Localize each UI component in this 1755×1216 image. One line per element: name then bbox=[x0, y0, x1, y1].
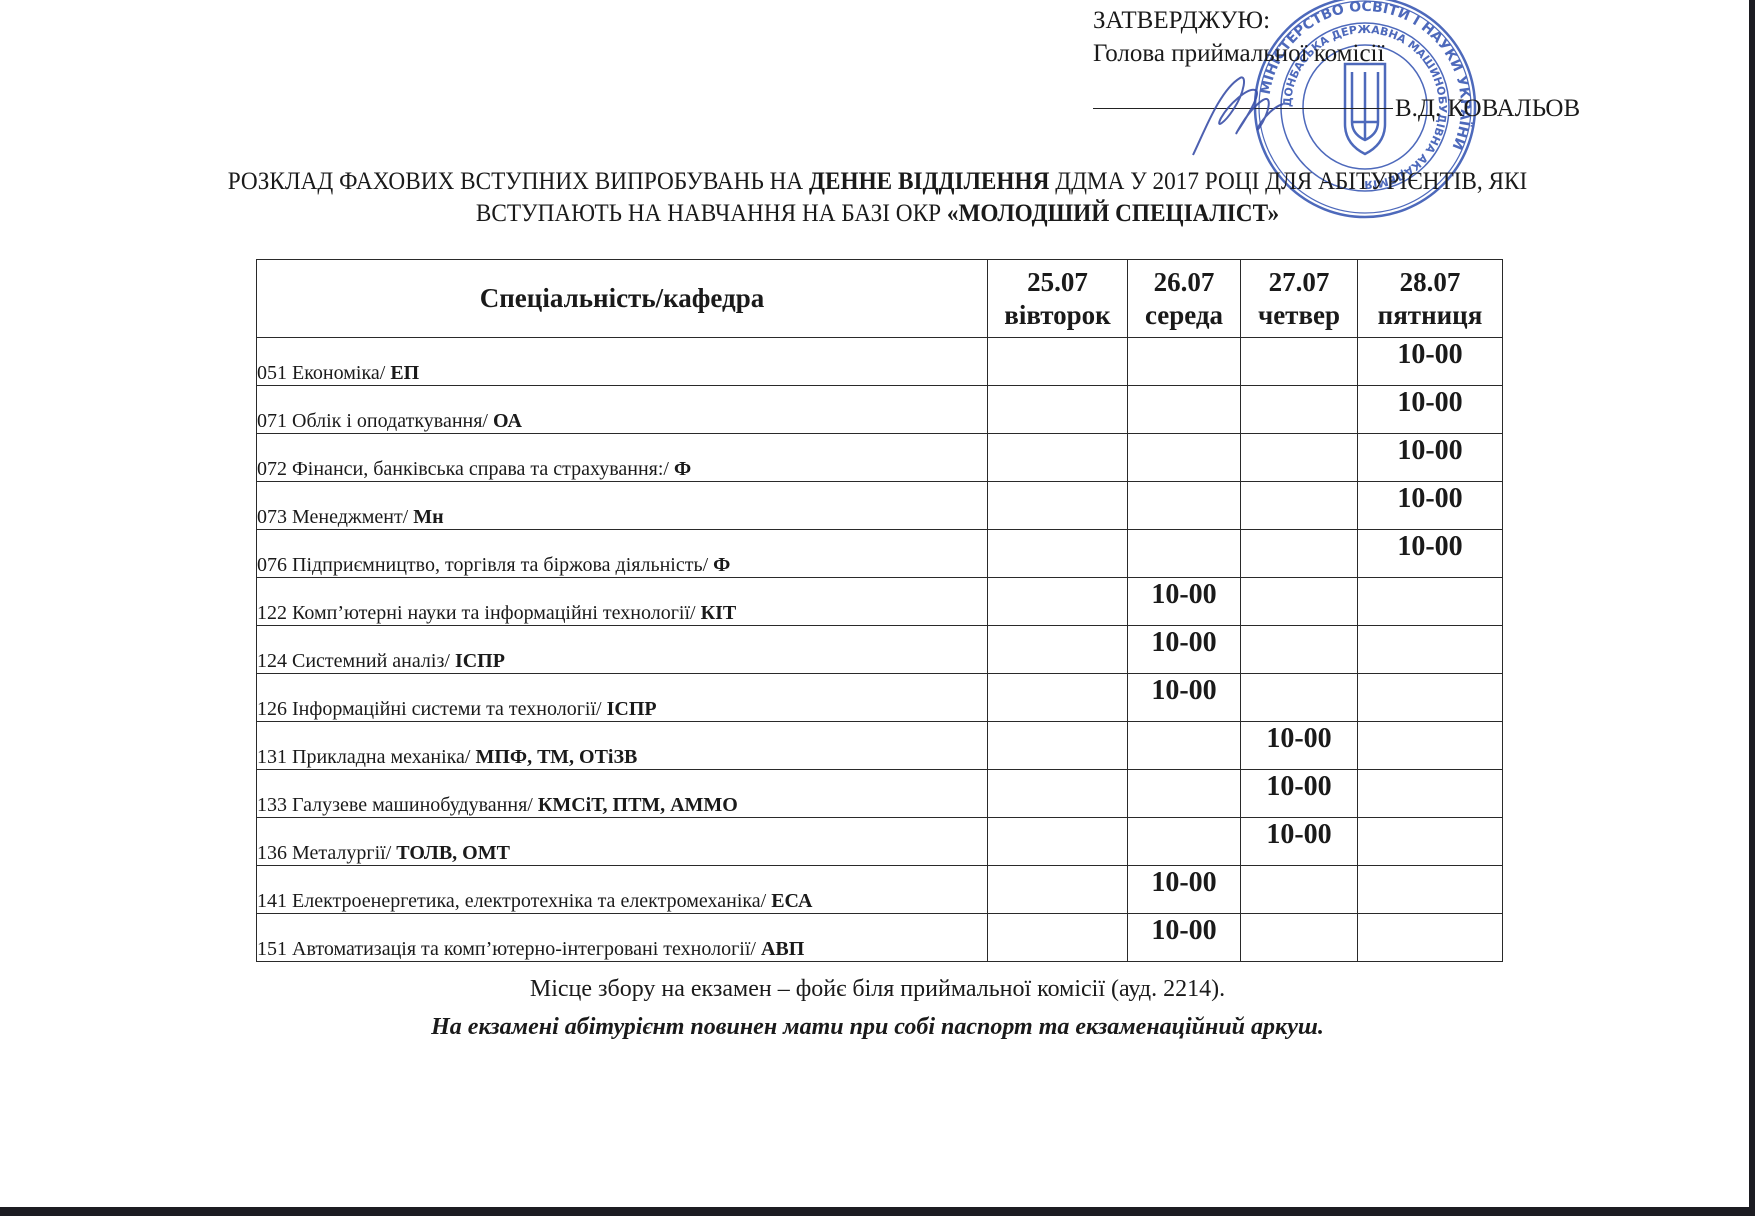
column-header-day: 26.07середа bbox=[1128, 260, 1241, 338]
table-row: 122 Комп’ютерні науки та інформаційні те… bbox=[257, 578, 1503, 626]
exam-time-cell bbox=[1241, 338, 1358, 386]
table-row: 136 Металургії/ ТОЛВ, ОМТ10-00 bbox=[257, 818, 1503, 866]
exam-time-cell bbox=[1358, 818, 1503, 866]
column-header-day: 27.07четвер bbox=[1241, 260, 1358, 338]
exam-time-cell: 10-00 bbox=[1358, 386, 1503, 434]
exam-time-cell bbox=[1128, 818, 1241, 866]
exam-time-cell: 10-00 bbox=[1128, 578, 1241, 626]
exam-time-cell bbox=[988, 626, 1128, 674]
exam-time-cell: 10-00 bbox=[1128, 866, 1241, 914]
day-date: 27.07 bbox=[1241, 266, 1357, 299]
table-row: 073 Менеджмент/ Мн10-00 bbox=[257, 482, 1503, 530]
table-body: 051 Економіка/ ЕП10-00071 Облік і оподат… bbox=[257, 338, 1503, 962]
exam-time-cell bbox=[1358, 674, 1503, 722]
exam-time-cell bbox=[1358, 626, 1503, 674]
title-part: РОЗКЛАД ФАХОВИХ ВСТУПНИХ ВИПРОБУВАНЬ НА bbox=[228, 168, 809, 195]
department-code: ІСПР bbox=[607, 698, 657, 720]
specialty-cell: 073 Менеджмент/ Мн bbox=[257, 482, 988, 530]
specialty-cell: 071 Облік і оподаткування/ ОА bbox=[257, 386, 988, 434]
title-emphasis: «МОЛОДШИЙ СПЕЦІАЛІСТ» bbox=[947, 200, 1279, 227]
specialty-name: 072 Фінанси, банківська справа та страху… bbox=[257, 458, 674, 480]
day-weekday: четвер bbox=[1241, 299, 1357, 332]
exam-time-cell bbox=[1241, 578, 1358, 626]
department-code: АВП bbox=[761, 938, 804, 960]
exam-schedule-table: Спеціальність/кафедра 25.07вівторок 26.0… bbox=[256, 259, 1503, 962]
exam-time-cell: 10-00 bbox=[1358, 434, 1503, 482]
table-row: 151 Автоматизація та комп’ютерно-інтегро… bbox=[257, 914, 1503, 962]
specialty-cell: 136 Металургії/ ТОЛВ, ОМТ bbox=[257, 818, 988, 866]
exam-time-cell bbox=[1128, 482, 1241, 530]
approval-heading: ЗАТВЕРДЖУЮ: bbox=[1093, 4, 1270, 38]
exam-time-cell bbox=[988, 386, 1128, 434]
specialty-name: 133 Галузеве машинобудування/ bbox=[257, 794, 538, 816]
exam-time-cell bbox=[1358, 914, 1503, 962]
exam-time-cell: 10-00 bbox=[1358, 338, 1503, 386]
exam-time-cell bbox=[988, 866, 1128, 914]
exam-time-cell: 10-00 bbox=[1241, 722, 1358, 770]
exam-time-cell bbox=[988, 482, 1128, 530]
exam-time-cell bbox=[1241, 674, 1358, 722]
table-header-row: Спеціальність/кафедра 25.07вівторок 26.0… bbox=[257, 260, 1503, 338]
department-code: МПФ, ТМ, ОТіЗВ bbox=[475, 746, 637, 768]
specialty-name: 076 Підприємництво, торгівля та біржова … bbox=[257, 554, 713, 576]
exam-time-cell bbox=[1358, 722, 1503, 770]
page-title: РОЗКЛАД ФАХОВИХ ВСТУПНИХ ВИПРОБУВАНЬ НА … bbox=[61, 166, 1693, 230]
specialty-name: 051 Економіка/ bbox=[257, 362, 390, 384]
exam-time-cell bbox=[1241, 914, 1358, 962]
column-header-day: 28.07пятниця bbox=[1358, 260, 1503, 338]
specialty-cell: 131 Прикладна механіка/ МПФ, ТМ, ОТіЗВ bbox=[257, 722, 988, 770]
department-code: ЕП bbox=[390, 362, 419, 384]
exam-time-cell: 10-00 bbox=[1128, 626, 1241, 674]
exam-time-cell bbox=[1241, 866, 1358, 914]
table-row: 141 Електроенергетика, електротехніка та… bbox=[257, 866, 1503, 914]
column-header-day: 25.07вівторок bbox=[988, 260, 1128, 338]
table-row: 126 Інформаційні системи та технології/ … bbox=[257, 674, 1503, 722]
exam-time-cell bbox=[988, 434, 1128, 482]
specialty-cell: 141 Електроенергетика, електротехніка та… bbox=[257, 866, 988, 914]
exam-time-cell bbox=[988, 770, 1128, 818]
table-row: 051 Економіка/ ЕП10-00 bbox=[257, 338, 1503, 386]
department-code: Мн bbox=[413, 506, 443, 528]
exam-time-cell bbox=[1241, 530, 1358, 578]
specialty-name: 071 Облік і оподаткування/ bbox=[257, 410, 493, 432]
day-weekday: пятниця bbox=[1358, 299, 1502, 332]
specialty-cell: 126 Інформаційні системи та технології/ … bbox=[257, 674, 988, 722]
specialty-cell: 124 Системний аналіз/ ІСПР bbox=[257, 626, 988, 674]
department-code: ОА bbox=[493, 410, 522, 432]
approval-signatory: В.Д. КОВАЛЬОВ bbox=[1395, 92, 1580, 126]
specialty-name: 136 Металургії/ bbox=[257, 842, 396, 864]
table-row: 071 Облік і оподаткування/ ОА10-00 bbox=[257, 386, 1503, 434]
specialty-cell: 133 Галузеве машинобудування/ КМСіТ, ПТМ… bbox=[257, 770, 988, 818]
specialty-name: 151 Автоматизація та комп’ютерно-інтегро… bbox=[257, 938, 761, 960]
exam-time-cell bbox=[988, 674, 1128, 722]
approval-position: Голова приймальної комісії bbox=[1093, 37, 1384, 71]
table-row: 124 Системний аналіз/ ІСПР10-00 bbox=[257, 626, 1503, 674]
day-weekday: середа bbox=[1128, 299, 1240, 332]
exam-time-cell bbox=[1128, 530, 1241, 578]
specialty-name: 122 Комп’ютерні науки та інформаційні те… bbox=[257, 602, 701, 624]
title-emphasis: ДЕННЕ ВІДДІЛЕННЯ bbox=[809, 168, 1049, 195]
table-row: 131 Прикладна механіка/ МПФ, ТМ, ОТіЗВ10… bbox=[257, 722, 1503, 770]
department-code: КМСіТ, ПТМ, АММО bbox=[538, 794, 738, 816]
gathering-place-note: Місце збору на екзамен – фойє біля прийм… bbox=[0, 974, 1755, 1004]
exam-time-cell bbox=[988, 530, 1128, 578]
column-header-specialty: Спеціальність/кафедра bbox=[257, 260, 988, 338]
exam-time-cell bbox=[1358, 866, 1503, 914]
day-date: 25.07 bbox=[988, 266, 1127, 299]
exam-time-cell bbox=[988, 578, 1128, 626]
table-row: 076 Підприємництво, торгівля та біржова … bbox=[257, 530, 1503, 578]
signature-icon bbox=[1185, 70, 1290, 160]
exam-time-cell bbox=[1358, 578, 1503, 626]
department-code: ТОЛВ, ОМТ bbox=[396, 842, 510, 864]
specialty-name: 141 Електроенергетика, електротехніка та… bbox=[257, 890, 771, 912]
specialty-cell: 151 Автоматизація та комп’ютерно-інтегро… bbox=[257, 914, 988, 962]
exam-time-cell bbox=[1358, 770, 1503, 818]
exam-time-cell bbox=[988, 818, 1128, 866]
specialty-cell: 051 Економіка/ ЕП bbox=[257, 338, 988, 386]
specialty-cell: 072 Фінанси, банківська справа та страху… bbox=[257, 434, 988, 482]
specialty-cell: 076 Підприємництво, торгівля та біржова … bbox=[257, 530, 988, 578]
exam-time-cell bbox=[1241, 482, 1358, 530]
required-documents-note: На екзамені абітурієнт повинен мати при … bbox=[0, 1012, 1755, 1042]
exam-time-cell bbox=[1128, 338, 1241, 386]
exam-time-cell bbox=[988, 338, 1128, 386]
exam-time-cell: 10-00 bbox=[1241, 818, 1358, 866]
specialty-name: 073 Менеджмент/ bbox=[257, 506, 413, 528]
exam-time-cell bbox=[1128, 770, 1241, 818]
title-part: ВСТУПАЮТЬ НА НАВЧАННЯ НА БАЗІ ОКР bbox=[476, 200, 947, 227]
exam-time-cell bbox=[988, 722, 1128, 770]
exam-time-cell: 10-00 bbox=[1358, 482, 1503, 530]
department-code: КІТ bbox=[701, 602, 737, 624]
exam-time-cell bbox=[1128, 722, 1241, 770]
exam-time-cell bbox=[988, 914, 1128, 962]
department-code: Ф bbox=[713, 554, 730, 576]
day-weekday: вівторок bbox=[988, 299, 1127, 332]
scan-edge-bottom bbox=[0, 1207, 1755, 1216]
department-code: ЕСА bbox=[771, 890, 812, 912]
exam-time-cell bbox=[1241, 626, 1358, 674]
title-part: ДДМА У 2017 РОЦІ ДЛЯ АБІТУРІЄНТІВ, ЯКІ bbox=[1049, 168, 1527, 195]
exam-time-cell: 10-00 bbox=[1128, 914, 1241, 962]
specialty-cell: 122 Комп’ютерні науки та інформаційні те… bbox=[257, 578, 988, 626]
day-date: 26.07 bbox=[1128, 266, 1240, 299]
table-row: 133 Галузеве машинобудування/ КМСіТ, ПТМ… bbox=[257, 770, 1503, 818]
exam-time-cell: 10-00 bbox=[1241, 770, 1358, 818]
table-row: 072 Фінанси, банківська справа та страху… bbox=[257, 434, 1503, 482]
exam-time-cell bbox=[1128, 434, 1241, 482]
exam-time-cell: 10-00 bbox=[1128, 674, 1241, 722]
specialty-name: 131 Прикладна механіка/ bbox=[257, 746, 475, 768]
exam-time-cell bbox=[1241, 434, 1358, 482]
day-date: 28.07 bbox=[1358, 266, 1502, 299]
specialty-name: 124 Системний аналіз/ bbox=[257, 650, 455, 672]
department-code: Ф bbox=[674, 458, 691, 480]
exam-time-cell bbox=[1241, 386, 1358, 434]
department-code: ІСПР bbox=[455, 650, 505, 672]
exam-time-cell: 10-00 bbox=[1358, 530, 1503, 578]
specialty-name: 126 Інформаційні системи та технології/ bbox=[257, 698, 607, 720]
exam-time-cell bbox=[1128, 386, 1241, 434]
